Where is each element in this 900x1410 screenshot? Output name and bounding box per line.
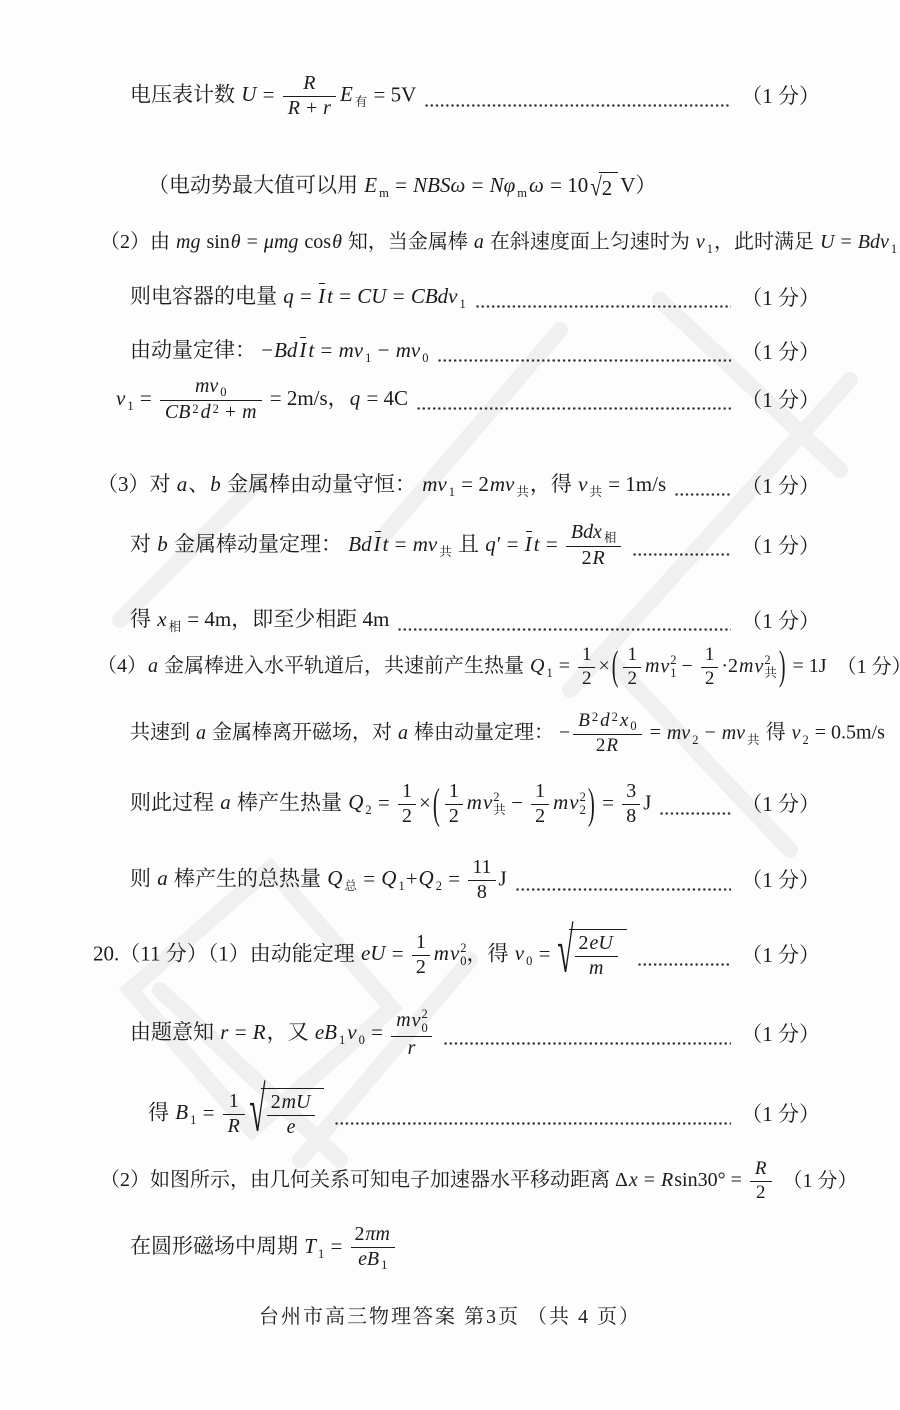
numerator: mv20 [391, 1008, 432, 1036]
score-label: （1 分） [741, 339, 820, 365]
line-content: 则 a 棒产生的总热量 Q总 = Q1+Q2 = 118J [130, 856, 507, 905]
math-variable: mU [281, 1091, 312, 1113]
answer-line-1: 电压表计数 U = RR + rE有 = 5V（1 分） [130, 72, 820, 121]
fraction: 2eUm [575, 932, 618, 981]
math-variable: v [483, 790, 492, 814]
formula-text: = [295, 284, 317, 308]
big-paren: ( [433, 778, 440, 832]
formula-text: J [643, 790, 651, 814]
formula-text: = [242, 231, 263, 253]
formula-text: × [419, 790, 431, 814]
math-variable: Q [380, 866, 397, 890]
math-variable: b [209, 472, 222, 496]
math-variable: m [395, 1009, 411, 1031]
math-variable: q [282, 284, 295, 308]
formula-text: 由动量定律： − [130, 338, 273, 362]
math-variable: eB [314, 1020, 338, 1044]
variable-with-scripts: v2共 [483, 789, 506, 818]
formula-text: 11 [472, 856, 491, 878]
formula-text: 3 [626, 780, 636, 802]
dotted-leader [632, 553, 731, 556]
fraction: B2d2x02R [573, 710, 641, 758]
line-content: 得 x相 = 4m，即至少相距 4m [130, 606, 389, 636]
formula-text: 1 [582, 644, 592, 665]
subscript: 1 [448, 485, 456, 499]
fraction: 12 [623, 644, 641, 691]
math-variable: Bd [273, 338, 298, 362]
formula-text: 棒产生热量 [232, 790, 348, 814]
numerator: 2πm [351, 1223, 395, 1247]
big-paren: ) [779, 642, 786, 693]
math-variable: CB [164, 401, 191, 423]
score-label: （1 分） [741, 83, 820, 109]
numerator: 1 [445, 780, 463, 804]
radical-sign: √ [590, 170, 602, 203]
denominator: m [575, 956, 618, 981]
fraction: 12 [701, 644, 719, 691]
line-content: 共速到 a 金属棒离开磁场，对 a 棒由动量定理： −B2d2x02R = mv… [130, 710, 885, 758]
answer-line-16: 得 B1 = 1R√2mUe（1 分） [148, 1088, 820, 1141]
fraction: Bdx相2R [566, 521, 622, 571]
dotted-leader [674, 493, 731, 496]
subscript: 1 [458, 297, 466, 311]
formula-text: = [554, 655, 575, 677]
numerator: 1 [623, 644, 641, 667]
math-variable: mg [175, 231, 201, 253]
numerator: Bdx相 [566, 521, 622, 546]
formula-text: 1 [229, 1090, 239, 1112]
formula-text: cos [299, 231, 331, 253]
answer-line-2: （电动势最大值可以用 Em = NBSω = Nφmω = 10√2V） [148, 172, 656, 202]
formula-text: = [325, 1234, 347, 1258]
formula-text: V） [620, 173, 656, 197]
formula-text: = 5V [368, 82, 416, 106]
line-content: 电压表计数 U = RR + rE有 = 5V [130, 72, 416, 121]
subscript: 共 [438, 545, 453, 559]
math-variable: v [660, 655, 669, 677]
math-variable: t [326, 284, 334, 308]
math-variable: E [363, 173, 378, 197]
math-variable: CU [356, 284, 387, 308]
math-variable: v [115, 386, 126, 410]
math-variable: Q [529, 655, 545, 677]
dotted-leader [659, 812, 731, 815]
formula-text: = 10 [545, 173, 588, 197]
math-variable: v [791, 722, 802, 744]
denominator: 2 [412, 955, 430, 980]
math-variable: x [628, 1169, 639, 1191]
radical-sign: √ [249, 1071, 265, 1150]
square-root: √2mUe [250, 1088, 325, 1141]
document-page: 电压表计数 U = RR + rE有 = 5V（1 分）（电动势最大值可以用 E… [0, 0, 900, 1410]
formula-text: = [257, 82, 279, 106]
score-label: （1 分） [741, 942, 820, 968]
score-label: （1 分） [741, 387, 820, 413]
denominator: 2 [398, 804, 416, 829]
formula-text: 电压表计数 [130, 82, 240, 106]
line-content: （4）a 金属棒进入水平轨道后，共速前产生热量 Q1 = 12×(12mv21 … [97, 644, 827, 691]
line-content: （2）如图所示，由几何关系可知电子加速器水平移动距离 Δx = Rsin30° … [100, 1158, 775, 1205]
script-stack: 20 [421, 1008, 427, 1036]
numerator: R [750, 1158, 772, 1181]
formula-text: 2 [355, 1223, 365, 1245]
subscript: 1 [380, 1258, 388, 1272]
formula-text: ，此时满足 [714, 231, 819, 253]
math-variable: m [433, 941, 450, 965]
formula-text: = [835, 231, 856, 253]
formula-text: = 2 [456, 472, 489, 496]
formula-text: 2 [579, 932, 589, 954]
variable-with-scripts: v20 [450, 940, 467, 969]
line-content: 由题意知 r = R，又 eB1v0 = mv20r [130, 1008, 435, 1060]
math-variable: m [466, 790, 483, 814]
answer-line-10: （4）a 金属棒进入水平轨道后，共速前产生热量 Q1 = 12×(12mv21 … [97, 644, 900, 691]
fraction: 12 [531, 780, 549, 829]
averaged-variable: I [524, 532, 533, 556]
formula-text: × [598, 655, 609, 677]
math-variable: x [156, 607, 167, 631]
subscript: 2 [435, 879, 443, 893]
answer-line-8: 对 b 金属棒动量定理： BdIt = mv共 且 q′ = It = Bdx相… [130, 521, 820, 571]
superscript: 2 [421, 1008, 427, 1022]
math-variable: πm [365, 1223, 391, 1245]
formula-text: 、 [188, 472, 209, 496]
answer-line-13: 则 a 棒产生的总热量 Q总 = Q1+Q2 = 118J（1 分） [130, 856, 820, 905]
dotted-leader [416, 407, 731, 410]
math-variable: Bd [347, 532, 372, 556]
variable-with-scripts: v2共 [754, 654, 776, 682]
numerator: 11 [468, 856, 495, 880]
subscript: 1 [545, 666, 553, 680]
subscript: 0 [421, 1022, 427, 1036]
math-variable: x [619, 710, 629, 731]
denominator: 2 [445, 804, 463, 829]
superscript: 2 [611, 710, 619, 724]
fraction: 2mUe [267, 1091, 316, 1140]
formula-text: 得 [148, 1100, 174, 1124]
formula-text: 2 [602, 176, 613, 200]
math-variable: mv [721, 722, 746, 744]
formula-text: 则 [130, 866, 156, 890]
denominator: 2 [578, 667, 596, 691]
math-variable: b [156, 532, 169, 556]
formula-text: J [499, 866, 507, 890]
dotted-leader [424, 104, 731, 107]
averaged-variable: I [298, 338, 307, 362]
math-variable: R [287, 97, 301, 119]
formula-text: = 0.5m/s [810, 722, 885, 744]
formula-text: = [229, 1020, 251, 1044]
denominator: e [267, 1115, 316, 1140]
math-variable: d [599, 710, 611, 731]
math-variable: eU [589, 932, 614, 954]
math-variable: E [339, 82, 354, 106]
formula-text: 则电容器的电量 [130, 284, 282, 308]
line-content: 在圆形磁场中周期 T1 = 2πmeB1 [130, 1223, 398, 1273]
formula-text: = [639, 1169, 660, 1191]
score-label: （1 分） [741, 608, 820, 634]
math-variable: v [577, 472, 588, 496]
formula-text: 1 [535, 780, 545, 802]
dotted-leader [443, 1042, 732, 1045]
formula-text: = [315, 338, 337, 362]
radicand: 2mUe [261, 1088, 325, 1141]
math-variable: m [644, 655, 660, 677]
math-variable: t [533, 532, 541, 556]
math-variable: a [195, 722, 207, 744]
math-variable: mv [194, 375, 219, 397]
formula-text: 对 [130, 532, 156, 556]
formula-text: 2 [627, 668, 637, 689]
formula-text: 20.（11 分）（1）由动能定理 [93, 941, 360, 965]
fraction: 12 [445, 780, 463, 829]
score-label: （1 分） [741, 533, 820, 559]
fraction: 38 [622, 780, 640, 829]
formula-text: ·2 [721, 655, 738, 677]
score-label: （1 分） [741, 791, 820, 817]
subscript: m [516, 186, 528, 200]
formula-text: 2 [756, 1182, 766, 1203]
subscript: 相 [168, 620, 183, 634]
numerator: B2d2x0 [573, 710, 641, 734]
numerator: 1 [412, 931, 430, 955]
radical-sign: √ [557, 912, 573, 991]
answer-line-7: （3）对 a、b 金属棒由动量守恒： mv1 = 2mv共，得 v共 = 1m/… [97, 471, 820, 501]
math-variable: NBSω [412, 173, 466, 197]
subscript: 1 [126, 399, 134, 413]
line-content: 则此过程 a 棒产生热量 Q2 = 12×(12mv2共 − 12mv22) =… [130, 780, 651, 829]
math-variable: U [240, 82, 257, 106]
math-variable: a [219, 790, 232, 814]
variable-with-scripts: v20 [412, 1008, 428, 1036]
dotted-leader [437, 359, 731, 362]
averaged-variable: I [373, 532, 382, 556]
formula-text: （4） [97, 655, 147, 677]
formula-text: = [366, 1020, 388, 1044]
formula-text: = 2m/s， [265, 386, 349, 410]
score-label: （1 分） [741, 285, 820, 311]
formula-text: 得 [761, 722, 791, 744]
math-variable: r [407, 1037, 417, 1059]
denominator: 2 [623, 667, 641, 691]
math-variable: m [588, 957, 604, 979]
numerator: 1 [223, 1090, 245, 1114]
subscript: 相 [603, 531, 618, 545]
formula-text: 2 [416, 956, 426, 978]
math-variable: r [219, 1020, 229, 1044]
score-label: （1 分） [741, 1021, 820, 1047]
formula-text: 知，当金属棒 [343, 231, 473, 253]
score-label: （1 分） [783, 1169, 858, 1194]
answer-line-17: （2）如图所示，由几何关系可知电子加速器水平移动距离 Δx = Rsin30° … [100, 1158, 858, 1205]
formula-text: = [533, 941, 555, 965]
answer-line-14: 20.（11 分）（1）由动能定理 eU = 12mv20，得 v0 = √2e… [93, 929, 820, 982]
radicand: 2eUm [569, 929, 627, 982]
numerator: 2eU [575, 932, 618, 956]
formula-text: = [135, 386, 157, 410]
math-variable: v [346, 1020, 357, 1044]
formula-text: − [506, 790, 528, 814]
score-label: （1 分） [741, 1101, 820, 1127]
numerator: 1 [701, 644, 719, 667]
answer-line-11: 共速到 a 金属棒离开磁场，对 a 棒由动量定理： −B2d2x02R = mv… [130, 710, 885, 758]
math-variable: a [473, 231, 485, 253]
formula-text: 且 [453, 532, 485, 556]
denominator: 8 [468, 880, 495, 905]
subscript: 总 [343, 879, 358, 893]
math-variable: CBdv [410, 284, 459, 308]
numerator: R [283, 72, 336, 96]
dotted-leader [515, 888, 732, 891]
formula-text: = [389, 532, 411, 556]
math-variable: Q [418, 866, 435, 890]
answer-line-9: 得 x相 = 4m，即至少相距 4m（1 分） [130, 606, 820, 636]
subscript: 2 [801, 733, 809, 747]
fraction: mv0CB2d2 + m [160, 375, 262, 425]
line-content: v1 = mv0CB2d2 + m = 2m/s，q = 4C [115, 375, 408, 425]
math-variable: mv [338, 338, 365, 362]
formula-text: 1 [627, 644, 637, 665]
formula-text: ，得 [467, 941, 514, 965]
fraction: 2πmeB1 [351, 1223, 395, 1273]
formula-text: 共速到 [130, 722, 195, 744]
answer-line-4: 则电容器的电量 q = It = CU = CBdv1（1 分） [130, 283, 820, 313]
formula-text: = [358, 866, 380, 890]
formula-text: = [597, 790, 619, 814]
variable-with-scripts: v22 [569, 789, 586, 818]
math-variable: Q [326, 866, 343, 890]
numerator: 1 [578, 644, 596, 667]
page-footer: 台州市高三物理答案 第3页 （共 4 页） [0, 1300, 900, 1329]
formula-text: 8 [477, 881, 487, 903]
formula-text: 2 [402, 805, 412, 827]
formula-text: = [541, 532, 563, 556]
answer-line-6: v1 = mv0CB2d2 + m = 2m/s，q = 4C（1 分） [115, 375, 820, 425]
formula-text: − [677, 655, 698, 677]
math-variable: B [577, 710, 591, 731]
averaged-variable: I [317, 284, 326, 308]
subscript: 1 [397, 879, 405, 893]
superscript: 2 [580, 791, 586, 805]
math-variable: a [176, 472, 189, 496]
square-root: √2 [590, 172, 618, 202]
subscript: 1 [706, 242, 714, 256]
denominator: 8 [622, 804, 640, 829]
answer-line-5: 由动量定律： −BdIt = mv1 − mv0（1 分） [130, 337, 820, 367]
formula-text: 金属棒进入水平轨道后，共速前产生热量 [159, 655, 529, 677]
formula-text: = [197, 1100, 219, 1124]
math-variable: d [200, 401, 212, 423]
denominator: R [223, 1114, 245, 1139]
subscript: 0 [219, 385, 227, 399]
math-variable: Bdx [570, 521, 603, 543]
formula-text: （电动势最大值可以用 [148, 173, 363, 197]
math-variable: R [252, 1020, 267, 1044]
subscript: 2 [364, 803, 372, 817]
math-variable: e [286, 1116, 297, 1138]
math-variable: v [514, 941, 525, 965]
subscript: 1 [317, 1247, 325, 1261]
math-variable: R [302, 72, 316, 94]
subscript: m [378, 186, 390, 200]
math-variable: v [450, 941, 459, 965]
math-variable: U [819, 231, 835, 253]
superscript: 2 [591, 710, 599, 724]
formula-text: = 1m/s [603, 472, 666, 496]
dotted-leader [475, 305, 732, 308]
formula-text: 2 [705, 668, 715, 689]
numerator: 1 [398, 780, 416, 804]
score-label: （1 分） [741, 867, 820, 893]
math-variable: a [147, 655, 159, 677]
math-variable: v [695, 231, 706, 253]
superscript: 2 [191, 402, 199, 416]
square-root: √2eUm [558, 929, 627, 982]
subscript: 共 [746, 733, 761, 747]
line-content: 对 b 金属棒动量定理： BdIt = mv共 且 q′ = It = Bdx相… [130, 521, 624, 571]
math-variable: eB [357, 1248, 380, 1270]
formula-text: 2 [449, 805, 459, 827]
subscript: 共 [764, 667, 777, 681]
formula-text: 8 [626, 805, 636, 827]
subscript: 0 [358, 1033, 366, 1047]
fraction: RR + r [283, 72, 336, 121]
script-stack: 22 [580, 791, 586, 819]
dotted-leader [397, 628, 731, 631]
formula-text: 2 [582, 547, 592, 569]
math-variable: v [754, 655, 763, 677]
line-content: 则电容器的电量 q = It = CU = CBdv1 [130, 283, 467, 313]
formula-text: sin [201, 231, 229, 253]
formula-text: 由题意知 [130, 1020, 219, 1044]
line-content: （2）由 mg sinθ = μmg cosθ 知，当金属棒 a 在斜速度面上匀… [100, 230, 900, 258]
math-variable: a [397, 722, 409, 744]
fraction: 118 [468, 856, 495, 905]
numerator: 3 [622, 780, 640, 804]
fraction: 1R [223, 1090, 245, 1139]
formula-text: = [373, 790, 395, 814]
answer-line-15: 由题意知 r = R，又 eB1v0 = mv20r（1 分） [130, 1008, 820, 1060]
math-variable: mv [421, 472, 448, 496]
math-variable: Q [347, 790, 364, 814]
line-content: （电动势最大值可以用 Em = NBSω = Nφmω = 10√2V） [148, 172, 656, 202]
formula-text: ，得 [530, 472, 577, 496]
answer-line-12: 则此过程 a 棒产生热量 Q2 = 12×(12mv2共 − 12mv22) =… [130, 780, 820, 829]
score-label: （1 分） [741, 473, 820, 499]
formula-text: 在圆形磁场中周期 [130, 1234, 303, 1258]
denominator: eB1 [351, 1247, 395, 1273]
subscript: 0 [421, 351, 429, 365]
math-variable: R [754, 1158, 768, 1179]
formula-text: = 4m，即至少相距 4m [182, 607, 389, 631]
formula-text: = 1J [788, 655, 827, 677]
subscript: 共 [515, 485, 530, 499]
formula-text: （3）对 [97, 472, 176, 496]
fraction: 12 [412, 931, 430, 980]
denominator: 2 [750, 1181, 772, 1205]
formula-text: ，又 [267, 1020, 314, 1044]
fraction: 12 [578, 644, 596, 691]
math-variable: μmg [263, 231, 299, 253]
script-stack: 2共 [493, 791, 506, 819]
math-variable: v [569, 790, 578, 814]
formula-text: + [406, 866, 418, 890]
denominator: 2R [573, 734, 641, 758]
formula-text: 2 [535, 805, 545, 827]
formula-text: + [220, 401, 241, 423]
fraction: 12 [398, 780, 416, 829]
big-paren: ( [612, 642, 619, 693]
